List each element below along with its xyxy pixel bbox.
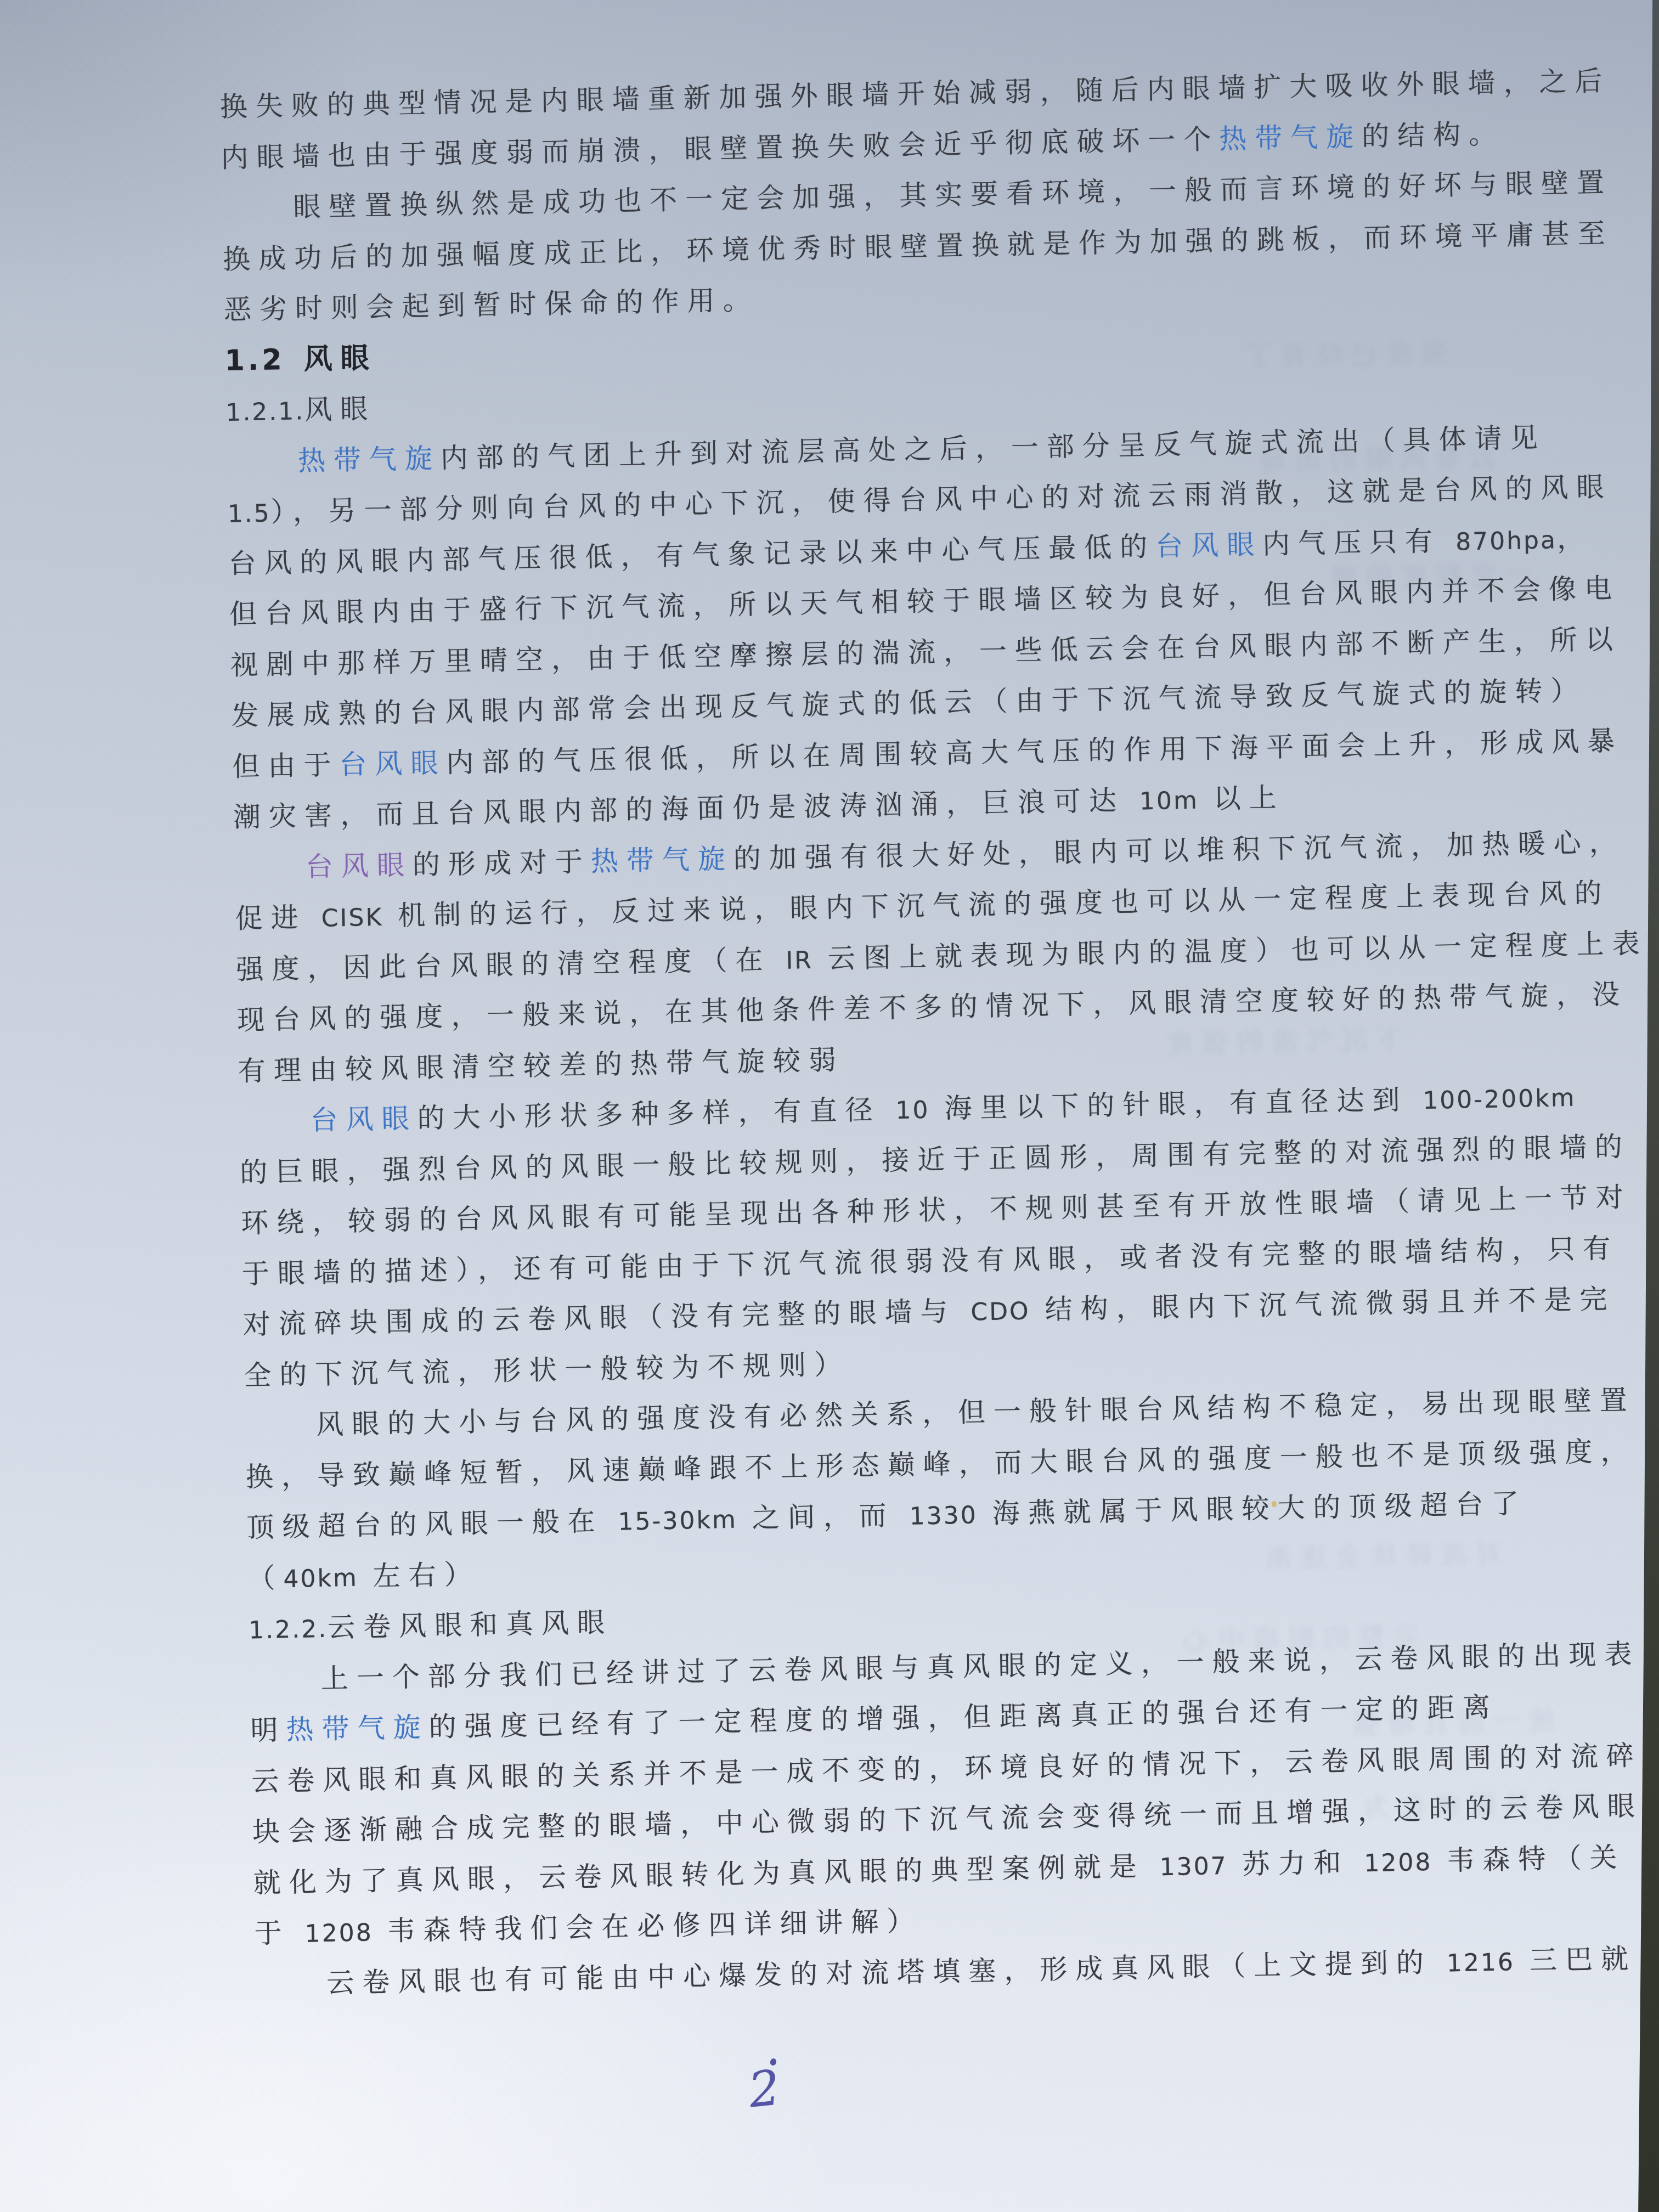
latin-text: 1330	[894, 1501, 992, 1531]
text-segment: 内眼墙也由于强度弱而崩溃，眼壁置换失败会近乎彻底破坏一个	[221, 123, 1220, 173]
text-segment: 有理由较风眼清空较差的热带气旋较弱	[238, 1043, 844, 1087]
text-block: 换失败的典型情况是内眼墙重新加强外眼墙开始减弱，随后内眼墙扩大吸收外眼墙，之后内…	[219, 55, 1659, 2010]
latin-text: 1.2	[224, 343, 304, 377]
text-segment: 内气压只有 870hpa，	[1262, 522, 1593, 560]
latin-text: 10m	[1125, 786, 1214, 816]
latin-text: 1.2.1.	[225, 397, 305, 427]
text-segment: （40km 左右）	[247, 1558, 480, 1594]
text-segment: 于 1208 韦森特我们会在必修四详细讲解）	[254, 1905, 923, 1949]
hyperlink-text: 台风眼	[339, 747, 447, 781]
latin-text: 15-30km	[603, 1505, 752, 1536]
latin-text: IR	[771, 946, 828, 975]
text-segment: 的结构。	[1362, 117, 1505, 152]
latin-text: 1216	[1432, 1948, 1530, 1977]
latin-text: CDO	[956, 1297, 1045, 1327]
latin-text: 1208	[290, 1918, 388, 1948]
text-segment: 全的下沉气流，形状一般较为不规则）	[244, 1348, 850, 1391]
text-segment: 的加强有很大好处，眼内可以堆积下沉气流，加热暖心，	[733, 826, 1625, 874]
text-segment: 1.2 风眼	[224, 341, 377, 377]
text-segment: 的形成对于	[412, 845, 591, 881]
page-number-handwritten: 2	[746, 2055, 814, 2132]
latin-text: 1208	[1349, 1848, 1447, 1877]
latin-text: 1.5	[227, 499, 271, 528]
hyperlink-text: 台风眼	[1155, 528, 1263, 562]
hyperlink-text: 台风眼	[305, 849, 413, 883]
hyperlink-text: 热带气旋	[1219, 120, 1362, 155]
document-page-photo: 强度已经有了云卷风眼的出现一定程度的增下沉气流的强度对流碎块会逐渐完整的眼墙中心…	[0, 0, 1659, 2212]
latin-text: 100-200km	[1408, 1084, 1576, 1115]
text-segment: 1.2.2.云卷风眼和真风眼	[249, 1606, 613, 1645]
hyperlink-text: 台风眼	[310, 1103, 417, 1137]
latin-text: CISK	[306, 903, 398, 933]
latin-text: 870hpa	[1441, 526, 1558, 556]
latin-text: 1307	[1144, 1852, 1243, 1881]
latin-text: 40km	[283, 1564, 373, 1593]
hyperlink-text: 热带气旋	[590, 843, 733, 877]
text-segment: 1.2.1.风眼	[225, 393, 376, 427]
text-segment: 恶劣时则会起到暂时保命的作用。	[223, 284, 759, 326]
text-segment: 明	[250, 1714, 286, 1746]
latin-text: 1.2.2.	[249, 1615, 328, 1645]
latin-text: 10	[881, 1096, 945, 1125]
text-segment: 潮灾害，而且台风眼内部的海面仍是波涛汹涌，巨浪可达 10m 以上	[233, 782, 1285, 833]
text-segment: 但由于	[232, 749, 340, 783]
text-segment: 台风的风眼内部气压很低，有气象记录以来中心气压最低的	[228, 530, 1156, 579]
hyperlink-text: 热带气旋	[298, 442, 441, 477]
paper-speck	[1272, 1501, 1277, 1507]
hyperlink-text: 热带气旋	[286, 1711, 429, 1746]
